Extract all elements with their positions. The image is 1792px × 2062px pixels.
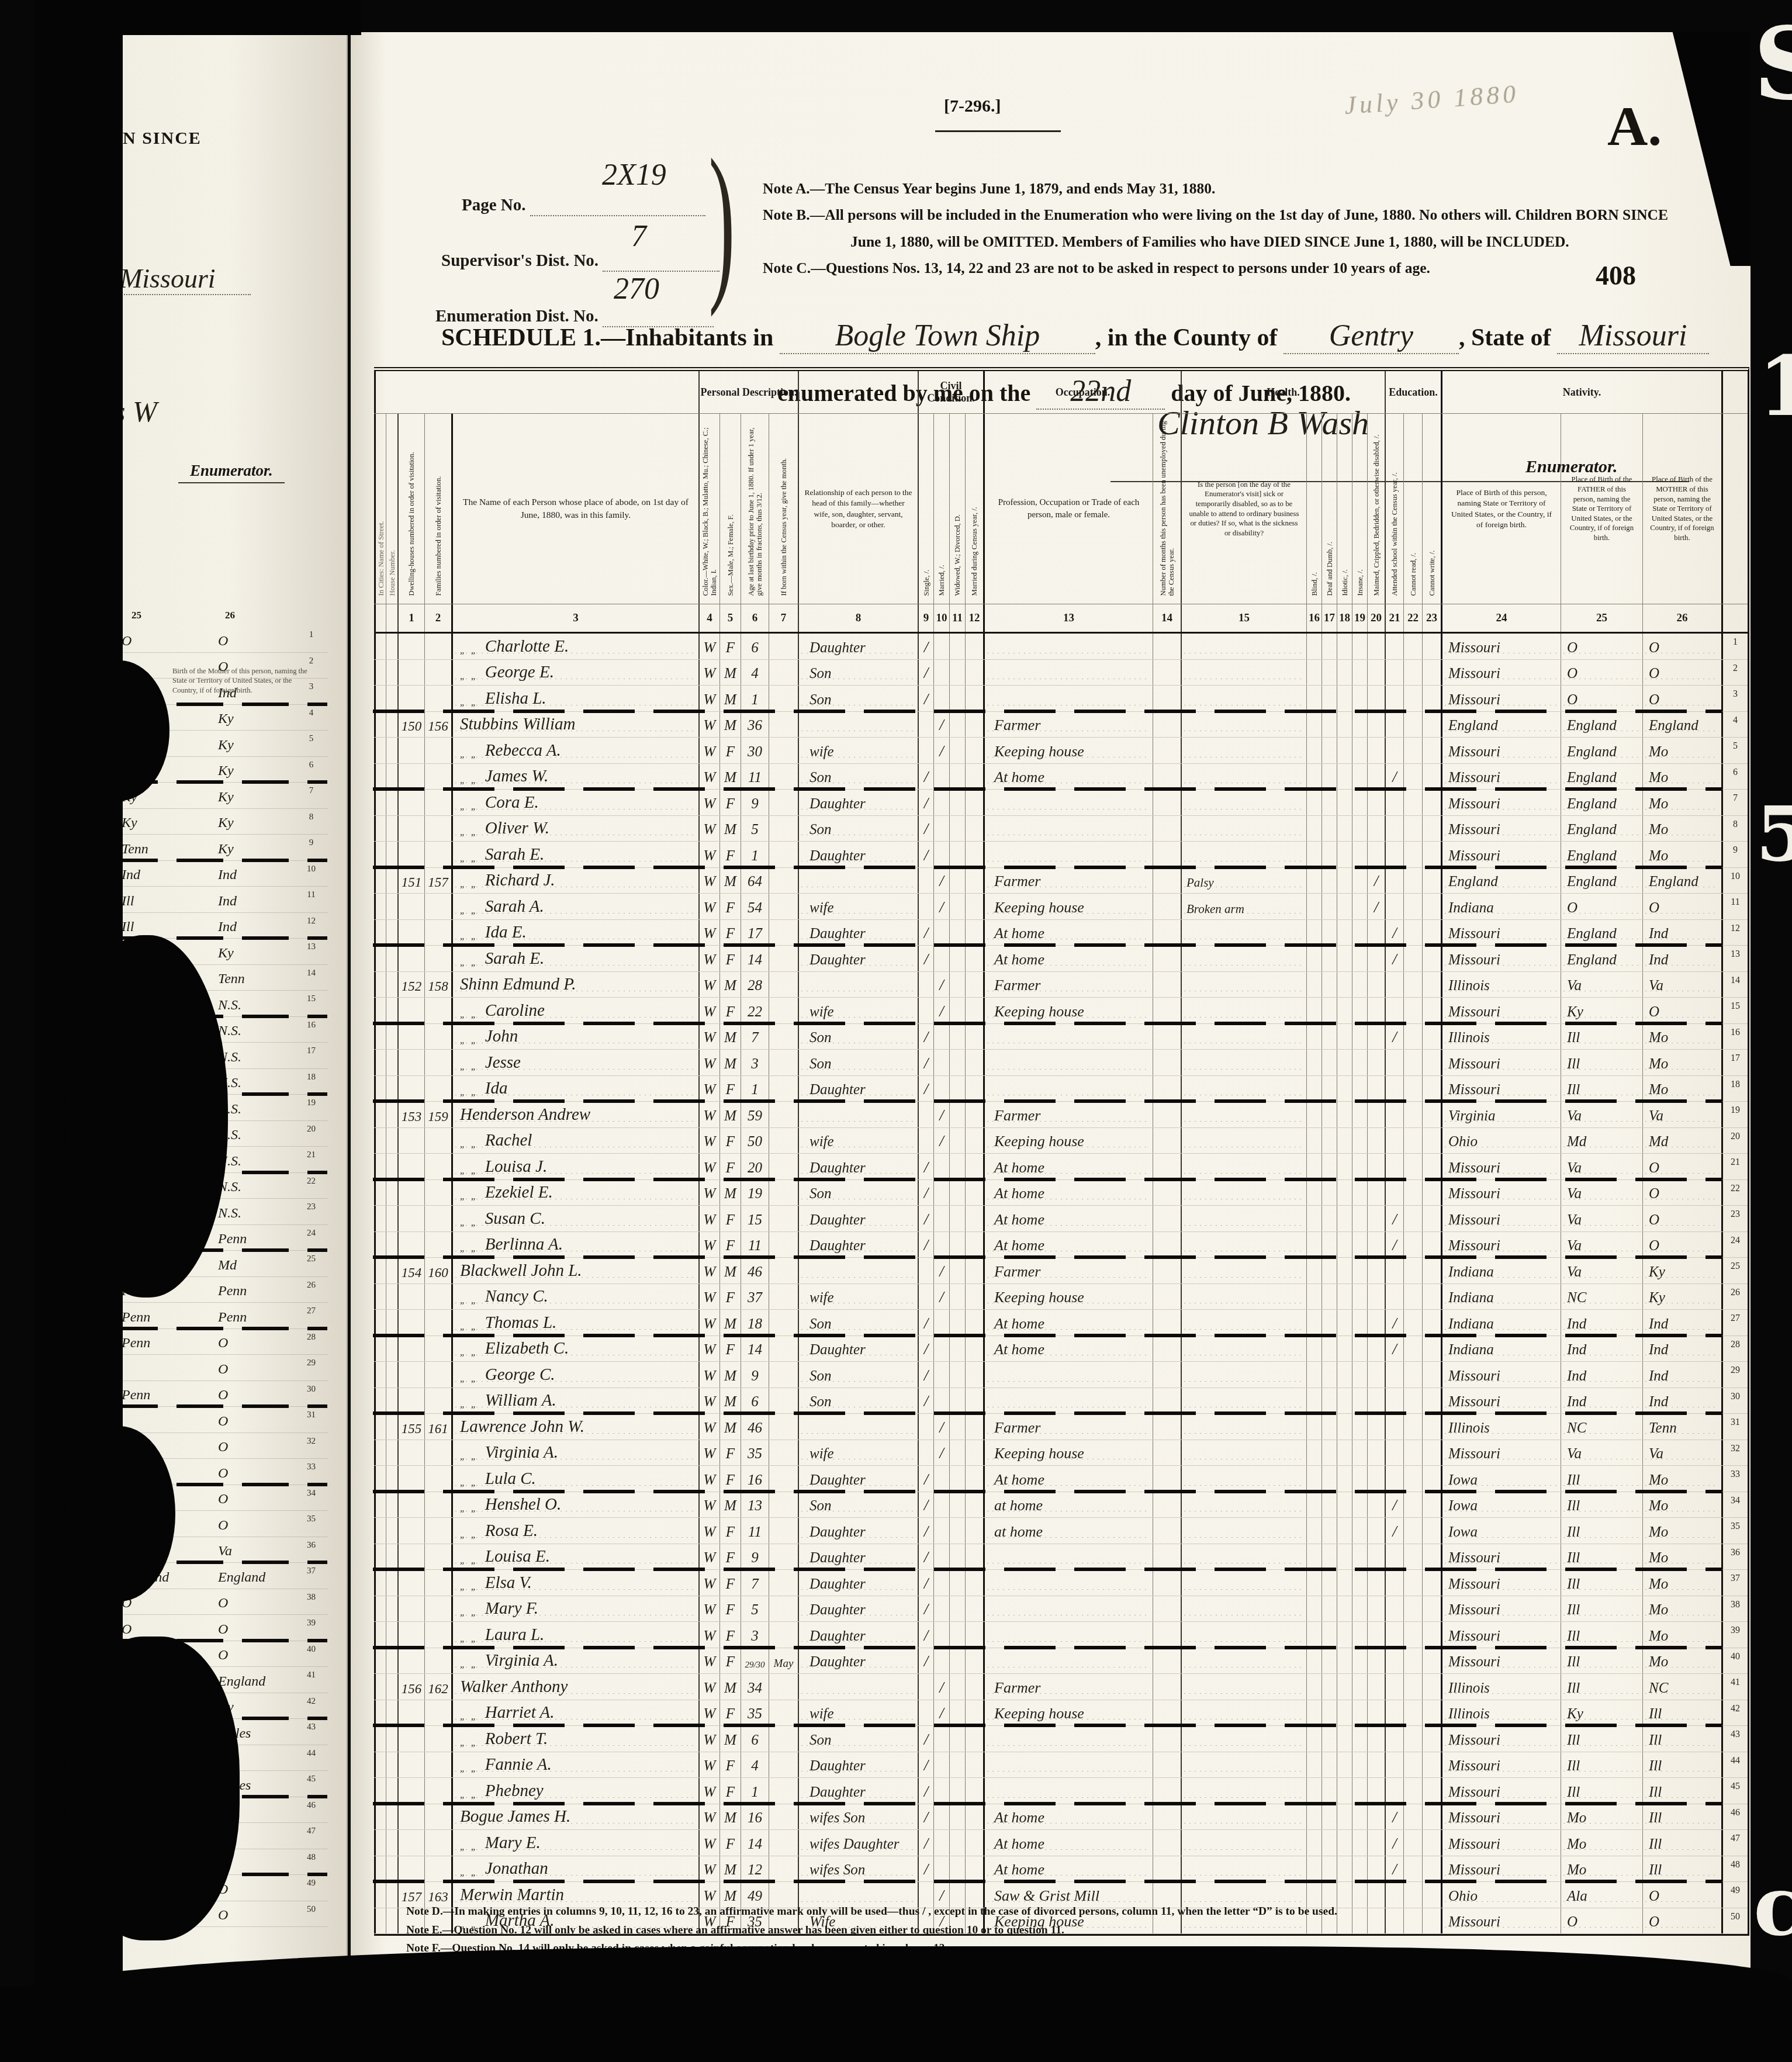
cell-sex: F — [719, 1206, 741, 1231]
cell-dwelling-number: 150 — [397, 712, 424, 738]
cell-married-mark — [933, 1492, 949, 1518]
cell-family-number — [424, 1752, 451, 1778]
cell-color: W — [698, 1856, 719, 1882]
cell-relationship: Son — [798, 816, 918, 842]
cell-father-birthplace: Ill — [1561, 1050, 1642, 1075]
cell-married-mark — [933, 1830, 949, 1856]
cell-family-number — [424, 1700, 451, 1726]
cell-relationship: wife — [798, 1284, 918, 1310]
cell-sickness — [1181, 764, 1306, 790]
table-row: „ „Henshel O.WM13Son/at home/IowaIllMo34 — [374, 1492, 1748, 1518]
left-row-number: 7 — [295, 783, 327, 808]
left-row-number: 8 — [295, 809, 327, 835]
left-cell-mother-birthplace: O — [207, 1901, 295, 1927]
supervisor-dist-value: 7 — [631, 219, 646, 254]
cell-single-mark: / — [918, 1778, 933, 1804]
row-number: 47 — [1721, 1830, 1748, 1856]
header-brace: ) — [708, 137, 735, 304]
left-row-number: 41 — [295, 1667, 327, 1693]
cell-birth-month — [769, 972, 798, 998]
cell-single-mark — [918, 1102, 933, 1127]
left-page-row: IndInd10 — [111, 861, 327, 887]
cell-sickness — [1181, 1674, 1306, 1700]
cell-birthplace: Indiana — [1441, 894, 1561, 919]
cell-birth-month — [769, 894, 798, 919]
cell-relationship: Son — [798, 764, 918, 790]
cell-color: W — [698, 1310, 719, 1336]
cell-attended-school-mark — [1385, 712, 1403, 738]
cell-sex: F — [719, 1830, 741, 1856]
left-row-number: 29 — [295, 1355, 327, 1381]
column-header-deaf: Deaf and Dumb, /. — [1321, 414, 1337, 604]
cell-name: „ „Phebney — [451, 1778, 698, 1804]
cell-mother-birthplace: Mo — [1642, 842, 1721, 867]
cell-birth-month — [769, 998, 798, 1023]
cell-occupation — [983, 1362, 1153, 1388]
cell-single-mark: / — [918, 1154, 933, 1179]
cell-age: 14 — [741, 1336, 769, 1362]
cell-single-mark: / — [918, 920, 933, 946]
cell-married-mark — [933, 764, 949, 790]
cell-name: „ „Laura L. — [451, 1622, 698, 1648]
left-cell-mother-birthplace: N.S. — [207, 1199, 295, 1224]
cell-mother-birthplace: Ind — [1642, 1310, 1721, 1336]
cell-relationship: Daughter — [798, 1648, 918, 1674]
cell-name: Shinn Edmund P. — [451, 972, 698, 998]
cell-father-birthplace: England — [1561, 868, 1642, 894]
left-row-number: 33 — [295, 1459, 327, 1485]
cell-father-birthplace: O — [1561, 894, 1642, 919]
cell-sickness — [1181, 842, 1306, 867]
cell-occupation: Farmer — [983, 868, 1153, 894]
cell-father-birthplace: Ill — [1561, 1726, 1642, 1752]
cell-occupation — [983, 1076, 1153, 1102]
cell-occupation — [983, 1622, 1153, 1648]
cell-family-number — [424, 1180, 451, 1206]
cell-attended-school-mark — [1385, 1700, 1403, 1726]
cell-maimed-mark — [1367, 1336, 1385, 1362]
left-page-row: TennKy9 — [111, 835, 327, 861]
cell-occupation: Keeping house — [983, 1128, 1153, 1154]
column-number: 18 — [1337, 604, 1352, 632]
census-table: Personal Description. Civil Condition. O… — [374, 367, 1749, 1936]
cell-mother-birthplace: Ill — [1642, 1778, 1721, 1804]
column-number: 23 — [1422, 604, 1441, 632]
cell-single-mark: / — [918, 1830, 933, 1856]
cell-attended-school-mark — [1385, 816, 1403, 842]
cell-maimed-mark — [1367, 634, 1385, 659]
cell-color: W — [698, 972, 719, 998]
cell-dwelling-number — [397, 1726, 424, 1752]
cell-family-number — [424, 1518, 451, 1544]
cell-dwelling-number — [397, 1804, 424, 1830]
cell-age: 46 — [741, 1258, 769, 1283]
cell-mother-birthplace: O — [1642, 1154, 1721, 1179]
cell-single-mark — [918, 1284, 933, 1310]
cell-maimed-mark — [1367, 842, 1385, 867]
cell-relationship: Son — [798, 1050, 918, 1075]
cell-father-birthplace: England — [1561, 738, 1642, 763]
left-row-number: 3 — [295, 679, 327, 704]
cell-name: „ „Elizabeth C. — [451, 1336, 698, 1362]
cell-attended-school-mark: / — [1385, 764, 1403, 790]
cell-married-mark — [933, 946, 949, 971]
cell-sickness — [1181, 1752, 1306, 1778]
cell-color: W — [698, 946, 719, 971]
cell-married-mark: / — [933, 738, 949, 763]
cell-sex: F — [719, 842, 741, 867]
cell-birthplace: Missouri — [1441, 1544, 1561, 1570]
left-cell-mother-birthplace: Tenn — [207, 965, 295, 991]
cell-color: W — [698, 1700, 719, 1726]
cell-occupation: At home — [983, 1232, 1153, 1258]
cell-father-birthplace: Va — [1561, 1258, 1642, 1283]
cell-occupation: At home — [983, 1830, 1153, 1856]
cell-sex: M — [719, 1180, 741, 1206]
cell-birth-month — [769, 1492, 798, 1518]
schedule-title-line: SCHEDULE 1.—Inhabitants in Bogle Town Sh… — [441, 319, 1709, 354]
cell-married-mark — [933, 790, 949, 815]
cell-sex: M — [719, 764, 741, 790]
cell-name: „ „Virginia A. — [451, 1440, 698, 1466]
cell-age: 13 — [741, 1492, 769, 1518]
cell-birthplace: Missouri — [1441, 764, 1561, 790]
cell-occupation — [983, 790, 1153, 815]
table-column-headers: In Cities: Name of Street. House Number.… — [374, 414, 1748, 604]
cell-birth-month — [769, 1232, 798, 1258]
cell-married-mark — [933, 1336, 949, 1362]
cell-dwelling-number — [397, 1830, 424, 1856]
left-cell-father-birthplace: Ky — [111, 809, 207, 835]
cell-occupation — [983, 634, 1153, 659]
cell-age: 28 — [741, 972, 769, 998]
cell-age: 7 — [741, 1570, 769, 1596]
cell-relationship: wife — [798, 1440, 918, 1466]
cell-color: W — [698, 1076, 719, 1102]
cell-birthplace: Missouri — [1441, 1206, 1561, 1231]
left-cell-mother-birthplace: Ky — [207, 939, 295, 964]
cell-mother-birthplace: Ill — [1642, 1752, 1721, 1778]
film-top-band — [34, 0, 361, 35]
cell-birth-month — [769, 1102, 798, 1127]
cell-family-number — [424, 1726, 451, 1752]
microfilm-background: N SINCE Missouri s W Enumerator. Birth o… — [0, 0, 1792, 2062]
cell-mother-birthplace: O — [1642, 1180, 1721, 1206]
cell-age: 36 — [741, 712, 769, 738]
cell-name: Henderson Andrew — [451, 1102, 698, 1127]
cell-dwelling-number — [397, 790, 424, 815]
cell-attended-school-mark — [1385, 1466, 1403, 1492]
group-civil-condition: Civil Condition. — [918, 371, 983, 413]
cell-father-birthplace: O — [1561, 660, 1642, 686]
row-number: 23 — [1721, 1206, 1748, 1231]
column-number: 14 — [1153, 604, 1181, 632]
cell-family-number — [424, 1284, 451, 1310]
left-row-number: 23 — [295, 1199, 327, 1224]
cell-attended-school-mark — [1385, 1258, 1403, 1283]
cell-attended-school-mark — [1385, 790, 1403, 815]
cell-occupation — [983, 1596, 1153, 1622]
cell-maimed-mark — [1367, 1050, 1385, 1075]
cell-dwelling-number — [397, 1024, 424, 1050]
cell-color: W — [698, 1414, 719, 1440]
cell-maimed-mark — [1367, 1076, 1385, 1102]
column-header-blind: Blind, /. — [1306, 414, 1321, 604]
table-row: „ „Louisa E.WF9Daughter/MissouriIllMo36 — [374, 1544, 1748, 1570]
cell-sex: F — [719, 1128, 741, 1154]
cell-father-birthplace: England — [1561, 764, 1642, 790]
table-row: 152158Shinn Edmund P.WM28/FarmerIllinois… — [374, 972, 1748, 998]
cell-father-birthplace: England — [1561, 790, 1642, 815]
cell-relationship: Daughter — [798, 1544, 918, 1570]
cell-mother-birthplace: Va — [1642, 1102, 1721, 1127]
cell-color: W — [698, 1804, 719, 1830]
cell-color: W — [698, 738, 719, 763]
cell-married-mark — [933, 1388, 949, 1414]
cell-father-birthplace: O — [1561, 634, 1642, 659]
row-number: 27 — [1721, 1310, 1748, 1336]
cell-family-number — [424, 1778, 451, 1804]
cell-birthplace: Missouri — [1441, 1596, 1561, 1622]
cell-name: „ „Nancy C. — [451, 1284, 698, 1310]
cell-single-mark — [918, 1128, 933, 1154]
cell-occupation — [983, 1024, 1153, 1050]
cell-mother-birthplace: O — [1642, 1908, 1721, 1934]
column-header-months-unemployed: Number of months this person has been un… — [1153, 414, 1181, 604]
cell-single-mark: / — [918, 946, 933, 971]
cell-attended-school-mark: / — [1385, 946, 1403, 971]
cell-mother-birthplace: Va — [1642, 972, 1721, 998]
left-row-number: 22 — [295, 1173, 327, 1199]
left-cell-father-birthplace: O — [111, 627, 207, 652]
column-header-maimed: Maimed, Crippled, Bedridden, or otherwis… — [1367, 414, 1385, 604]
cell-sickness — [1181, 972, 1306, 998]
cell-birth-month — [769, 1518, 798, 1544]
cell-sickness — [1181, 1284, 1306, 1310]
cell-family-number — [424, 1128, 451, 1154]
cell-name: „ „James W. — [451, 764, 698, 790]
cell-father-birthplace: O — [1561, 686, 1642, 711]
cell-father-birthplace: NC — [1561, 1284, 1642, 1310]
cell-sickness — [1181, 1154, 1306, 1179]
cell-occupation: Farmer — [983, 1102, 1153, 1127]
left-cell-mother-birthplace: O — [207, 1589, 295, 1615]
column-header-birth-month: If born within the Census year, give the… — [769, 414, 798, 604]
cell-maimed-mark — [1367, 738, 1385, 763]
cell-single-mark — [918, 1440, 933, 1466]
cell-attended-school-mark — [1385, 634, 1403, 659]
cell-name: „ „Richard J. — [451, 868, 698, 894]
cell-birth-month — [769, 790, 798, 815]
cell-dwelling-number — [397, 1492, 424, 1518]
cell-mother-birthplace: O — [1642, 1882, 1721, 1908]
table-row: „ „Ida E.WF17Daughter/At home/MissouriEn… — [374, 920, 1748, 946]
cell-maimed-mark — [1367, 1726, 1385, 1752]
cell-age: 59 — [741, 1102, 769, 1127]
cell-single-mark: / — [918, 1362, 933, 1388]
cell-married-mark — [933, 686, 949, 711]
row-number: 19 — [1721, 1102, 1748, 1127]
cell-relationship: Daughter — [798, 1076, 918, 1102]
table-row: „ „JesseWM3Son/MissouriIllMo17 — [374, 1050, 1748, 1076]
cell-name: „ „Susan C. — [451, 1206, 698, 1231]
cell-married-mark: / — [933, 1102, 949, 1127]
cell-birth-month — [769, 1752, 798, 1778]
cell-attended-school-mark — [1385, 868, 1403, 894]
cell-name: „ „Rebecca A. — [451, 738, 698, 763]
column-number: 15 — [1181, 604, 1306, 632]
cell-attended-school-mark — [1385, 1102, 1403, 1127]
cell-color: W — [698, 1830, 719, 1856]
cell-birth-month — [769, 1674, 798, 1700]
cell-occupation: Keeping house — [983, 998, 1153, 1023]
row-number: 46 — [1721, 1804, 1748, 1830]
cell-attended-school-mark: / — [1385, 1336, 1403, 1362]
cell-attended-school-mark — [1385, 1648, 1403, 1674]
table-row: „ „James W.WM11Son/At home/MissouriEngla… — [374, 764, 1748, 790]
cell-sickness — [1181, 1856, 1306, 1882]
cell-family-number — [424, 1336, 451, 1362]
cell-maimed-mark — [1367, 1570, 1385, 1596]
cell-single-mark: / — [918, 634, 933, 659]
cell-sex: M — [719, 1310, 741, 1336]
cell-birthplace: Missouri — [1441, 686, 1561, 711]
cell-maimed-mark — [1367, 1362, 1385, 1388]
cell-sickness — [1181, 1206, 1306, 1231]
column-number: 22 — [1403, 604, 1422, 632]
left-cell-father-birthplace: Penn — [111, 1381, 207, 1407]
cell-attended-school-mark: / — [1385, 1232, 1403, 1258]
cell-dwelling-number — [397, 1206, 424, 1231]
cell-married-mark: / — [933, 1284, 949, 1310]
cell-relationship: Son — [798, 686, 918, 711]
table-row: „ „Virginia A.WF35wife/Keeping houseMiss… — [374, 1440, 1748, 1466]
cell-dwelling-number — [397, 1544, 424, 1570]
cell-dwelling-number — [397, 1778, 424, 1804]
cell-single-mark: / — [918, 686, 933, 711]
cell-mother-birthplace: NC — [1642, 1674, 1721, 1700]
cell-relationship — [798, 972, 918, 998]
cell-age: 17 — [741, 920, 769, 946]
cell-age: 6 — [741, 1726, 769, 1752]
cell-family-number — [424, 1076, 451, 1102]
cell-maimed-mark — [1367, 1518, 1385, 1544]
cell-family-number — [424, 790, 451, 815]
cell-mother-birthplace: Ill — [1642, 1804, 1721, 1830]
cell-occupation: At home — [983, 1804, 1153, 1830]
cell-relationship: wifes Son — [798, 1856, 918, 1882]
cell-sex: F — [719, 1596, 741, 1622]
cell-father-birthplace: England — [1561, 946, 1642, 971]
cell-single-mark: / — [918, 1388, 933, 1414]
cell-father-birthplace: Va — [1561, 1102, 1642, 1127]
cell-dwelling-number — [397, 1596, 424, 1622]
cell-color: W — [698, 816, 719, 842]
cell-dwelling-number — [397, 1232, 424, 1258]
cell-birth-month — [769, 816, 798, 842]
cell-family-number — [424, 1804, 451, 1830]
cell-occupation: At home — [983, 764, 1153, 790]
left-cell-father-birthplace: Penn — [111, 1303, 207, 1328]
column-header-name: The Name of each Person whose place of a… — [451, 414, 698, 604]
cell-age: 4 — [741, 1752, 769, 1778]
table-row: „ „JohnWM7Son//IllinoisIllMo16 — [374, 1024, 1748, 1050]
cell-birth-month: May — [769, 1648, 798, 1674]
cell-maimed-mark — [1367, 1024, 1385, 1050]
row-number: 33 — [1721, 1466, 1748, 1492]
cell-single-mark — [918, 1700, 933, 1726]
cell-sex: M — [719, 1102, 741, 1127]
cell-single-mark — [918, 1258, 933, 1283]
cell-sickness — [1181, 1700, 1306, 1726]
cell-relationship: Daughter — [798, 1752, 918, 1778]
cell-maimed-mark — [1367, 660, 1385, 686]
cell-father-birthplace: Ill — [1561, 1622, 1642, 1648]
cell-family-number — [424, 1024, 451, 1050]
cell-birth-month — [769, 686, 798, 711]
row-number: 5 — [1721, 738, 1748, 763]
table-row: „ „William A.WM6Son/MissouriIndInd30 — [374, 1388, 1748, 1414]
left-cell-mother-birthplace: O — [207, 1641, 295, 1667]
cell-age: 9 — [741, 1362, 769, 1388]
cell-sickness — [1181, 1310, 1306, 1336]
cell-mother-birthplace: O — [1642, 660, 1721, 686]
cell-birthplace: Ohio — [1441, 1128, 1561, 1154]
cell-sickness — [1181, 1050, 1306, 1075]
cell-married-mark — [933, 1804, 949, 1830]
cell-color: W — [698, 1050, 719, 1075]
cell-birthplace: Missouri — [1441, 816, 1561, 842]
cell-maimed-mark — [1367, 920, 1385, 946]
left-cell-mother-birthplace: Ky — [207, 783, 295, 808]
row-number: 12 — [1721, 920, 1748, 946]
cell-maimed-mark — [1367, 1778, 1385, 1804]
cell-maimed-mark — [1367, 1414, 1385, 1440]
left-page-row: IllInd11 — [111, 887, 327, 913]
cell-age: 5 — [741, 1596, 769, 1622]
cell-dwelling-number — [397, 1284, 424, 1310]
cell-married-mark: / — [933, 1674, 949, 1700]
cell-dwelling-number — [397, 634, 424, 659]
cell-sickness — [1181, 1076, 1306, 1102]
cell-family-number: 158 — [424, 972, 451, 998]
cell-maimed-mark: / — [1367, 894, 1385, 919]
left-cell-mother-birthplace: Penn — [207, 1225, 295, 1251]
cell-age: 3 — [741, 1050, 769, 1075]
cell-age: 14 — [741, 946, 769, 971]
cell-attended-school-mark — [1385, 1414, 1403, 1440]
cell-father-birthplace: Ky — [1561, 998, 1642, 1023]
column-header-insane: Insane, /. — [1352, 414, 1367, 604]
cell-name: „ „George C. — [451, 1362, 698, 1388]
cell-mother-birthplace: Mo — [1642, 1492, 1721, 1518]
cell-father-birthplace: England — [1561, 816, 1642, 842]
cell-father-birthplace: Va — [1561, 1154, 1642, 1179]
row-number: 15 — [1721, 998, 1748, 1023]
left-row-number: 38 — [295, 1589, 327, 1615]
column-number: 11 — [949, 604, 965, 632]
cell-family-number — [424, 1206, 451, 1231]
row-number: 18 — [1721, 1076, 1748, 1102]
row-number: 34 — [1721, 1492, 1748, 1518]
cell-father-birthplace: England — [1561, 920, 1642, 946]
cell-birth-month — [769, 764, 798, 790]
cell-sickness — [1181, 920, 1306, 946]
cell-birthplace: Missouri — [1441, 842, 1561, 867]
left-row-number: 16 — [295, 1017, 327, 1043]
cell-name: „ „Thomas L. — [451, 1310, 698, 1336]
cell-relationship: Son — [798, 1492, 918, 1518]
